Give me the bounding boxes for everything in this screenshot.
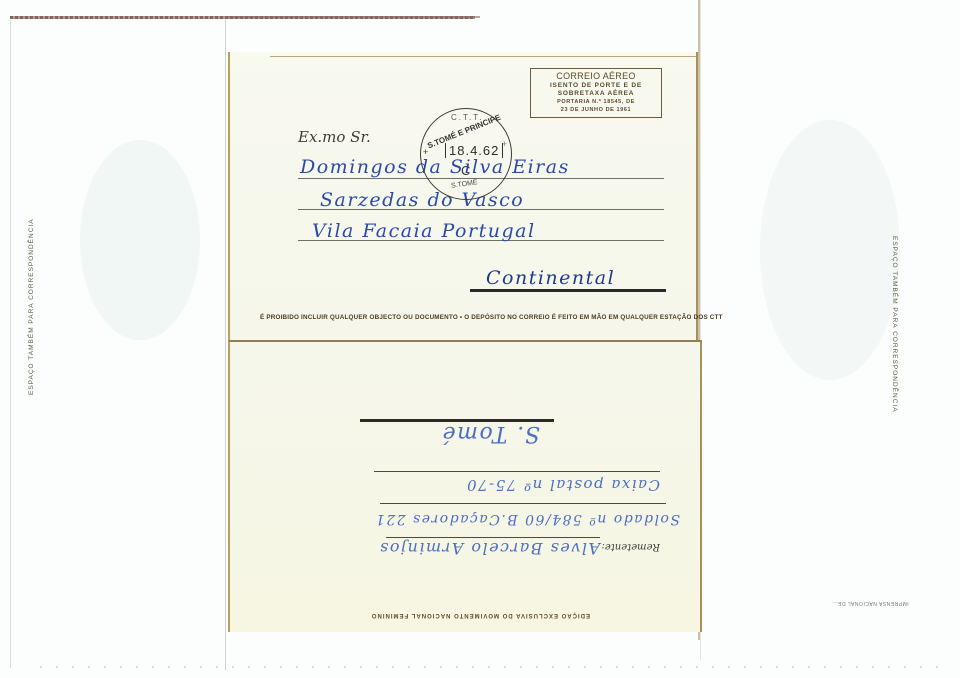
sender-po-box: Caixa postal nº 75-70	[466, 476, 660, 494]
postal-notice: É PROIBIDO INCLUIR QUALQUER OBJECTO OU D…	[260, 314, 680, 321]
postmark-cross-icon: +	[423, 147, 428, 157]
sender-unit: Soldado nº 584/60 B.Caçadores 221	[374, 511, 680, 527]
sender-label: Remetente:	[601, 541, 660, 552]
airmail-indicium: CORREIO AÉREO ISENTO DE PORTE E DE SOBRE…	[530, 68, 662, 118]
sender-panel: EDIÇÃO EXCLUSIVA DO MOVIMENTO NACIONAL F…	[228, 340, 702, 632]
left-flap	[10, 20, 223, 668]
postmark-letter: C	[461, 163, 470, 178]
sender-rule	[374, 471, 660, 472]
postmark-stamp: C.T.T. S.TOMÉ E PRINCIPE + + 18.4.62 C S…	[420, 108, 512, 200]
sender-panel-rotated: EDIÇÃO EXCLUSIVA DO MOVIMENTO NACIONAL F…	[230, 342, 700, 632]
sender-rule	[386, 537, 600, 538]
region-underline	[470, 289, 666, 292]
paper-stain	[80, 140, 200, 340]
postmark-bottom: S.TOMÉ	[451, 179, 478, 190]
postmark-date: 18.4.62	[445, 143, 503, 158]
airmail-line-2: SOBRETAXA AÉREA	[535, 90, 657, 98]
address-panel: CORREIO AÉREO ISENTO DE PORTE E DE SOBRE…	[228, 52, 698, 340]
perforation-dots	[40, 666, 940, 668]
salutation: Ex.mo Sr.	[298, 128, 371, 146]
printer-mark: IMPRENSA NACIONAL DE...	[832, 600, 909, 606]
recipient-town: Vila Facaia Portugal	[312, 220, 536, 242]
airmail-title: CORREIO AÉREO	[535, 71, 657, 82]
sender-rule	[380, 503, 666, 504]
airmail-line-1: ISENTO DE PORTE E DE	[535, 82, 657, 90]
aerogramme-sheet: ESPAÇO TAMBÉM PARA CORRESPONDÊNCIA ESPAÇ…	[0, 0, 960, 678]
fold-line-left	[225, 20, 226, 670]
side-label-left: ESPAÇO TAMBÉM PARA CORRESPONDÊNCIA	[28, 218, 35, 395]
edition-footer: EDIÇÃO EXCLUSIVA DO MOVIMENTO NACIONAL F…	[371, 612, 590, 618]
sender-name: Alves Barcelo Arminjos	[379, 539, 600, 558]
recipient-region: Continental	[486, 267, 615, 289]
side-label-right: ESPAÇO TAMBÉM PARA CORRESPONDÊNCIA	[891, 236, 898, 413]
sender-city: S. Tomé	[441, 421, 540, 446]
sender-city-underline	[360, 419, 554, 422]
top-border-rule-secondary	[225, 16, 480, 18]
airmail-line-3: PORTARIA N.º 18545, DE	[535, 98, 657, 106]
recipient-locality: Sarzedas do Vasco	[320, 189, 524, 211]
paper-stain	[760, 120, 900, 380]
airmail-line-4: 23 DE JUNHO DE 1961	[535, 106, 657, 114]
